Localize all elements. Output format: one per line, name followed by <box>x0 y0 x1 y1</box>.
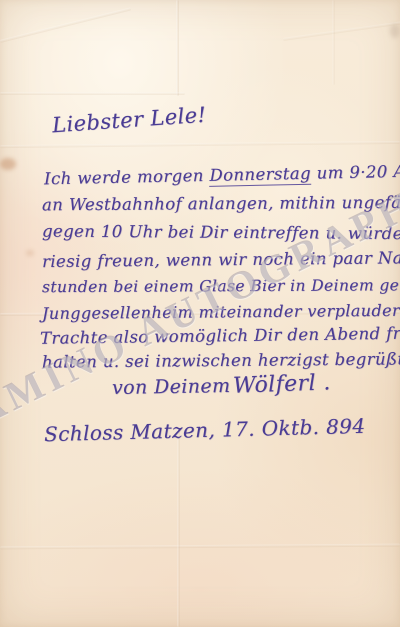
underlined-word: Donnerstag <box>209 164 311 187</box>
paper-stain <box>390 24 400 38</box>
paper-stain <box>26 250 34 256</box>
paper-stain <box>0 158 16 170</box>
line1-prefix: Ich werde morgen <box>44 166 210 188</box>
letter-photo: Liebster Lele! Ich werde morgen Donnerst… <box>0 0 400 627</box>
handwriting-line: Junggesellenheim miteinander verplaudert… <box>42 300 400 323</box>
handwriting-line: riesig freuen, wenn wir noch ein paar Na… <box>42 248 400 271</box>
line1-suffix: um 9·20 Abends <box>311 161 400 183</box>
handwriting-line: gegen 10 Uhr bei Dir eintreffen u. würde… <box>42 222 400 244</box>
handwriting-line: stunden bei einem Glase Bier in Deinem g… <box>42 276 400 296</box>
handwriting-line: halten u. sei inzwischen herzigst begrüß… <box>42 349 400 371</box>
letter-signature: Wölferl . <box>233 370 332 398</box>
handwriting-line: an Westbahnhof anlangen, mithin ungefähr <box>42 193 400 215</box>
letter-closing: von Deinem <box>112 375 231 399</box>
